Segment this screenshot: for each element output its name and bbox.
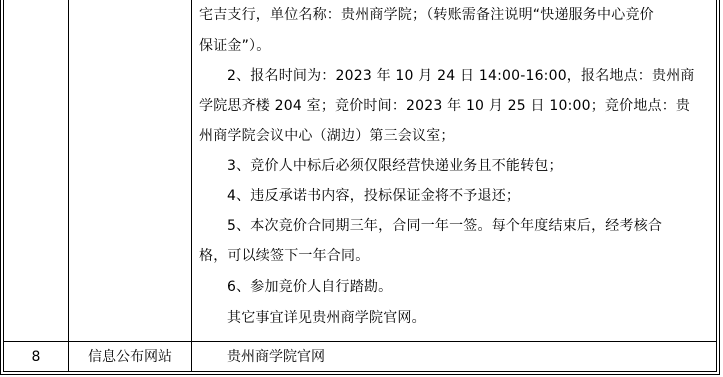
column-divider-1 — [68, 0, 69, 372]
row-label: 信息公布网站 — [69, 349, 191, 365]
column-divider-2 — [191, 0, 192, 372]
content-line: 学院思齐楼 204 室；竞价时间：2023 年 10 月 25 日 10:00；… — [199, 98, 690, 114]
table-border-bottom-inner — [3, 371, 717, 372]
content-line: 3、竞价人中标后必须仅限经营快递业务且不能转包； — [227, 158, 563, 174]
row-divider — [3, 341, 717, 342]
content-line: 保证金”）。 — [199, 38, 270, 54]
content-line: 5、本次竞价合同期三年，合同一年一签。每个年度结束后，经考核合 — [227, 218, 662, 234]
content-line: 格，可以续签下一年合同。 — [199, 248, 369, 264]
row-number: 8 — [4, 349, 68, 365]
table-border-right-outer — [719, 0, 720, 375]
table-border-bottom-outer — [0, 374, 720, 375]
row-value: 贵州商学院官网 — [227, 349, 325, 365]
document-page: 宅吉支行，单位名称：贵州商学院；（转账需备注说明“快递服务中心竞价 保证金”）。… — [0, 0, 723, 377]
content-line: 2、报名时间为：2023 年 10 月 24 日 14:00-16:00，报名地… — [227, 68, 695, 84]
content-cell: 宅吉支行，单位名称：贵州商学院；（转账需备注说明“快递服务中心竞价 保证金”）。… — [199, 0, 714, 341]
content-line: 4、违反承诺书内容，投标保证金将不予退还； — [227, 188, 520, 204]
table-border-left-inner — [3, 0, 4, 372]
table-border-left-outer — [0, 0, 1, 375]
content-line: 其它事宜详见贵州商学院官网。 — [227, 310, 426, 326]
content-line: 6、参加竞价人自行踏勘。 — [227, 279, 392, 295]
content-line: 宅吉支行，单位名称：贵州商学院；（转账需备注说明“快递服务中心竞价 — [199, 7, 654, 23]
content-line: 州商学院会议中心（湖边）第三会议室； — [199, 128, 455, 144]
table-border-right-inner — [716, 0, 717, 372]
